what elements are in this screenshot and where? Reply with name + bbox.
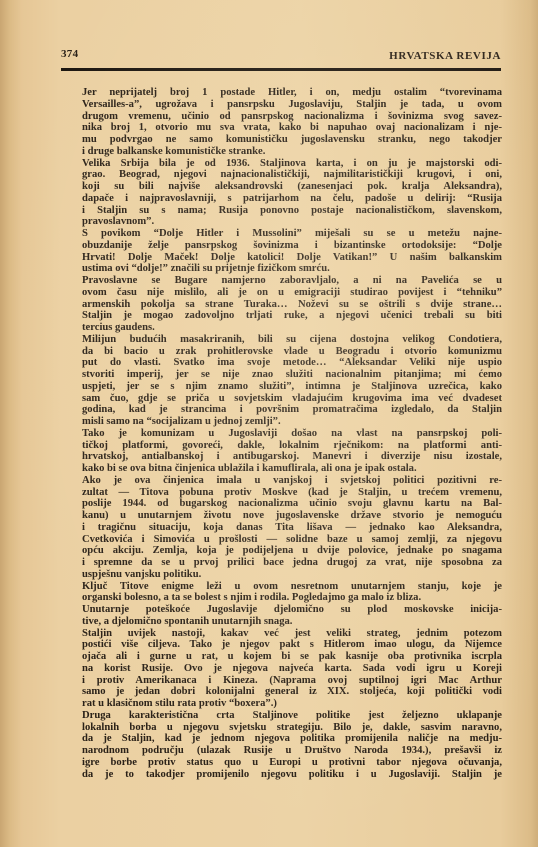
text-line: i tragičnu situaciju, koja danas Tita li… xyxy=(60,522,502,534)
text-line: uspjeti, jer se s njim znamo služiti”, i… xyxy=(60,381,502,393)
text-line: samo je jedan dobri kolonijalni general … xyxy=(60,686,502,698)
text-line: hrvatskoj, antialbanskoj i antibugarskoj… xyxy=(60,451,502,463)
header-rule xyxy=(61,68,501,71)
text-line: godina, kad je strancima i površnim prom… xyxy=(60,404,502,416)
book-page: 374 HRVATSKA REVIJA Jer neprijatelj broj… xyxy=(0,0,538,847)
text-line: Ključ Titove enigme leži u ovom nesretno… xyxy=(60,581,502,593)
text-line: narodnom području (ulazak Rusije u Društ… xyxy=(60,745,502,757)
text-line: postići više ciljeva. Tako je njegov pak… xyxy=(60,639,502,651)
paragraph: Pravoslavne se Bugare namjerno zaboravlj… xyxy=(60,275,502,334)
paragraph: Jer neprijatelj broj 1 postade Hitler, i… xyxy=(60,87,502,158)
paragraph: Velika Srbija bila je od 1936. Staljinov… xyxy=(60,158,502,229)
text-line: stvoriti imperij, jer se nije znao služi… xyxy=(60,369,502,381)
text-line: da je Staljin, kad je jednom njegova pol… xyxy=(60,733,502,745)
text-line: i protiv Amerikanaca i Kineza. (Naprama … xyxy=(60,675,502,687)
text-line: dapače i najpravoslavniji, s patrijarhom… xyxy=(60,193,502,205)
text-line: organski bolesno, a ta se bolest s njim … xyxy=(60,592,502,604)
text-line: na korist Rusije. Ovo je njegova najveća… xyxy=(60,663,502,675)
text-line: misli samo na “socijalizam u jednoj zeml… xyxy=(60,416,502,428)
paragraph: Druga karakteristična crta Staljinove po… xyxy=(60,710,502,781)
text-line: S povikom “Dolje Hitler i Mussolini” mij… xyxy=(60,228,502,240)
text-line: Tako je komunizam u Jugoslaviji došao na… xyxy=(60,428,502,440)
text-line: da je to takodjer promijenilo njegovu po… xyxy=(60,769,502,781)
paragraph: Staljin uvijek nastoji, kakav već jest v… xyxy=(60,628,502,710)
text-line: Versailles-a”, ugrožava i pansrpsku Jugo… xyxy=(60,99,502,111)
text-line: mu podvrgao ne samo komunističku jugosla… xyxy=(60,134,502,146)
text-line: opću akciju. Zemlja, koja je podijeljena… xyxy=(60,545,502,557)
text-line: ustima ovi “dolje!” značili su prijetnje… xyxy=(60,263,502,275)
text-line: kako bi se ova bitna činjenica ublažila … xyxy=(60,463,502,475)
text-line: uspješnu vanjsku politiku. xyxy=(60,569,502,581)
paragraph: Tako je komunizam u Jugoslaviji došao na… xyxy=(60,428,502,475)
text-line: tičkoj platformi, govoreći, dakle, lokal… xyxy=(60,440,502,452)
page-header: 374 HRVATSKA REVIJA xyxy=(61,44,501,68)
text-line: Hrvati! Dolje Maček! Dolje katolici! Dol… xyxy=(60,252,502,264)
text-line: Unutarnje poteškoće Jugoslavije djelomič… xyxy=(60,604,502,616)
text-line: Milijun budućih masakriranih, bili su ci… xyxy=(60,334,502,346)
text-line: obuzdanije želje pansrpskog šovinizma i … xyxy=(60,240,502,252)
paragraph: Ako je ova činjenica imala u vanjskoj i … xyxy=(60,475,502,581)
paragraph: Unutarnje poteškoće Jugoslavije djelomič… xyxy=(60,604,502,628)
text-line: Jer neprijatelj broj 1 postade Hitler, i… xyxy=(60,87,502,99)
text-line: tercius gaudens. xyxy=(60,322,502,334)
text-line: Ako je ova činjenica imala u vanjskoj i … xyxy=(60,475,502,487)
text-line: drugom vremenu, učinio od pansrpskog nac… xyxy=(60,111,502,123)
text-line: Staljin uvijek nastoji, kakav već jest v… xyxy=(60,628,502,640)
paragraph: S povikom “Dolje Hitler i Mussolini” mij… xyxy=(60,228,502,275)
text-line: zultat — Titova pobuna protiv Moskve (ka… xyxy=(60,487,502,499)
text-line: Cvetkovića i Simovića u prošlosti — soli… xyxy=(60,534,502,546)
text-line: ojača ali i gurne u rat, u kojem bi se p… xyxy=(60,651,502,663)
paragraph: Ključ Titove enigme leži u ovom nesretno… xyxy=(60,581,502,605)
text-line: i spremne da se u prvoj prilici bace jed… xyxy=(60,557,502,569)
text-line: Staljin je mogao zadovoljno trljati ruke… xyxy=(60,310,502,322)
text-line: pravoslavnom”. xyxy=(60,216,502,228)
text-line: ovom času nije mislilo, ali je on u emig… xyxy=(60,287,502,299)
article-body: Jer neprijatelj broj 1 postade Hitler, i… xyxy=(60,87,502,780)
page-number: 374 xyxy=(61,48,78,60)
text-line: koji su bili najviše aleksandrovski (zan… xyxy=(60,181,502,193)
text-line: Velika Srbija bila je od 1936. Staljinov… xyxy=(60,158,502,170)
text-line: i druge balkanske komunističke stranke. xyxy=(60,146,502,158)
text-line: poslije 1944. od bugarskog nacionalizma … xyxy=(60,498,502,510)
text-line: sam čuo, gdje se priča u sovjetskim vlad… xyxy=(60,393,502,405)
text-line: Druga karakteristična crta Staljinove po… xyxy=(60,710,502,722)
text-line: put do vlasti. Svatko ima svoje metode… … xyxy=(60,357,502,369)
text-line: rat u klasičnom stilu rata protiv “boxer… xyxy=(60,698,502,710)
text-line: kanu) u unutarnjem životu nove jugoslave… xyxy=(60,510,502,522)
text-line: grao. Beograd, njegovi najnacionalističk… xyxy=(60,169,502,181)
paragraph: Milijun budućih masakriranih, bili su ci… xyxy=(60,334,502,428)
text-line: i Staljin su s nama; Rusija ponovno post… xyxy=(60,205,502,217)
text-line: armenskih pokolja sa strane Turaka… Nože… xyxy=(60,299,502,311)
text-line: tive, a djelomično spontanih unutarnjih … xyxy=(60,616,502,628)
text-line: nika broj 1, otvorio mu sva vrata, kako … xyxy=(60,122,502,134)
text-line: igre borbe protiv status quo u Europi u … xyxy=(60,757,502,769)
text-line: Pravoslavne se Bugare namjerno zaboravlj… xyxy=(60,275,502,287)
running-title: HRVATSKA REVIJA xyxy=(389,50,501,62)
text-line: da bi bacio u zrak prohitlerovske vlade … xyxy=(60,346,502,358)
text-line: lokalnih borba u njegovu svjetsku strate… xyxy=(60,722,502,734)
